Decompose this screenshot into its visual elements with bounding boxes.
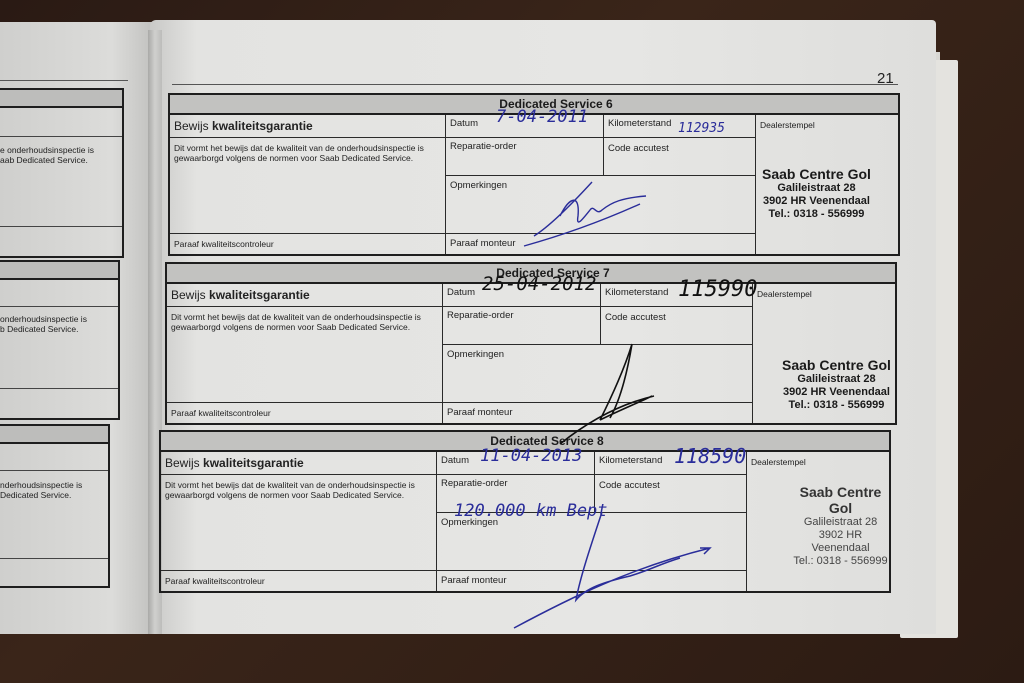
stamp-street: Galileistraat 28 (782, 373, 891, 386)
repair-order-label: Reparatie-order (450, 141, 517, 152)
left-service-block: onderhoudsinspectie is b Dedicated Servi… (0, 260, 120, 420)
quality-inspector-cell[interactable]: Paraaf kwaliteitscontroleur (161, 571, 437, 591)
block-header (0, 90, 122, 108)
quality-title: Bewijs kwaliteitsgarantie (174, 119, 313, 133)
service-block-6: Dedicated Service 6 Bewijs kwaliteitsgar… (168, 93, 900, 256)
quality-desc-cell: Dit vormt het bewijs dat de kwaliteit va… (170, 138, 446, 234)
quality-inspector-cell[interactable]: Paraaf kwaliteitscontroleur (167, 403, 443, 423)
dealer-stamp-label: Dealerstempel (760, 120, 815, 130)
desc-line-2: b Dedicated Service. (0, 324, 78, 334)
date-value: 7-04-2011 (496, 107, 588, 127)
quality-title-cell: Bewijs kwaliteitsgarantie (161, 452, 437, 475)
mechanic-initials-field[interactable]: Paraaf monteur (443, 403, 753, 423)
quality-title: Bewijs kwaliteitsgarantie (171, 288, 310, 302)
mileage-label: Kilometerstand (605, 287, 668, 298)
mechanic-initials-field[interactable]: Paraaf monteur (437, 571, 747, 591)
battery-code-field[interactable]: Code accutest (595, 475, 747, 513)
quality-desc-cell: Dit vormt het bewijs dat de kwaliteit va… (161, 475, 437, 571)
dealer-stamp: Saab Centre Gol Galileistraat 28 3902 HR… (792, 484, 889, 568)
remarks-value: 120.000 km Bept (454, 501, 608, 521)
stamp-city: 3902 HR Veenendaal (792, 529, 889, 555)
repair-order-field[interactable]: Reparatie-order (446, 138, 604, 176)
quality-desc-cell: Dit vormt het bewijs dat de kwaliteit va… (167, 307, 443, 403)
dealer-stamp-label: Dealerstempel (757, 289, 812, 299)
mechanic-initials-label: Paraaf monteur (450, 238, 515, 249)
quality-inspector-label: Paraaf kwaliteitscontroleur (165, 576, 265, 586)
desc-line-1: onderhoudsinspectie is (0, 314, 87, 324)
mechanic-initials-label: Paraaf monteur (447, 407, 512, 418)
remarks-field[interactable]: Opmerkingen (446, 176, 756, 234)
battery-code-label: Code accutest (599, 480, 660, 491)
desc-line-1: nderhoudsinspectie is (0, 480, 82, 490)
mileage-value: 112935 (678, 121, 725, 136)
mechanic-initials-label: Paraaf monteur (441, 575, 506, 586)
date-value: 25-04-2012 (482, 273, 596, 295)
stamp-dealer-name: Saab Centre Gol (792, 484, 889, 516)
repair-order-label: Reparatie-order (441, 478, 508, 489)
stamp-street: Galileistraat 28 (792, 516, 889, 529)
battery-code-field[interactable]: Code accutest (601, 307, 753, 345)
left-service-block: e onderhoudsinspectie is aab Dedicated S… (0, 88, 124, 258)
desc-line-2: aab Dedicated Service. (0, 155, 88, 165)
remarks-field[interactable]: Opmerkingen (437, 513, 747, 571)
quality-description: Dit vormt het bewijs dat de kwaliteit va… (171, 312, 421, 332)
repair-order-label: Reparatie-order (447, 310, 514, 321)
desc-line-1: e onderhoudsinspectie is (0, 145, 94, 155)
stamp-city: 3902 HR Veenendaal (782, 386, 891, 399)
date-label: Datum (447, 287, 475, 298)
page-number: 21 (877, 70, 894, 87)
left-service-block: nderhoudsinspectie is Dedicated Service. (0, 424, 110, 588)
date-label: Datum (441, 455, 469, 466)
battery-code-field[interactable]: Code accutest (604, 138, 756, 176)
quality-title-cell: Bewijs kwaliteitsgarantie (170, 115, 446, 138)
stamp-city: 3902 HR Veenendaal (762, 195, 871, 208)
stamp-street: Galileistraat 28 (762, 182, 871, 195)
left-page: e onderhoudsinspectie is aab Dedicated S… (0, 22, 160, 634)
quality-title-cell: Bewijs kwaliteitsgarantie (167, 284, 443, 307)
stamp-phone: Tel.: 0318 - 556999 (792, 555, 889, 568)
dealer-stamp: Saab Centre Gol Galileistraat 28 3902 HR… (782, 357, 891, 412)
stamp-dealer-name: Saab Centre Gol (782, 357, 891, 373)
dealer-stamp: Saab Centre Gol Galileistraat 28 3902 HR… (762, 166, 871, 221)
mileage-value: 115990 (678, 277, 757, 302)
quality-description: Dit vormt het bewijs dat de kwaliteit va… (174, 143, 424, 163)
remarks-label: Opmerkingen (450, 180, 507, 191)
quality-inspector-label: Paraaf kwaliteitscontroleur (174, 239, 274, 249)
quality-description: Dit vormt het bewijs dat de kwaliteit va… (165, 480, 415, 500)
service-block-8: Dedicated Service 8 Bewijs kwaliteitsgar… (159, 430, 891, 593)
stamp-phone: Tel.: 0318 - 556999 (782, 399, 891, 412)
header-rule (172, 84, 898, 85)
mileage-value: 118590 (674, 444, 746, 468)
quality-inspector-label: Paraaf kwaliteitscontroleur (171, 408, 271, 418)
quality-title: Bewijs kwaliteitsgarantie (165, 456, 304, 470)
mechanic-initials-field[interactable]: Paraaf monteur (446, 234, 756, 254)
mileage-label: Kilometerstand (599, 455, 662, 466)
dealer-stamp-label: Dealerstempel (751, 457, 806, 467)
stamp-phone: Tel.: 0318 - 556999 (762, 208, 871, 221)
mileage-label: Kilometerstand (608, 118, 671, 129)
block-header (0, 262, 118, 280)
repair-order-field[interactable]: Reparatie-order (443, 307, 601, 345)
date-label: Datum (450, 118, 478, 129)
date-value: 11-04-2013 (480, 446, 582, 466)
remarks-field[interactable]: Opmerkingen (443, 345, 753, 403)
battery-code-label: Code accutest (605, 312, 666, 323)
stamp-dealer-name: Saab Centre Gol (762, 166, 871, 182)
remarks-label: Opmerkingen (447, 349, 504, 360)
header-rule (0, 80, 128, 81)
battery-code-label: Code accutest (608, 143, 669, 154)
quality-inspector-cell[interactable]: Paraaf kwaliteitscontroleur (170, 234, 446, 254)
service-block-7: Dedicated Service 7 Bewijs kwaliteitsgar… (165, 262, 897, 425)
desc-line-2: Dedicated Service. (0, 490, 71, 500)
block-header (0, 426, 108, 444)
